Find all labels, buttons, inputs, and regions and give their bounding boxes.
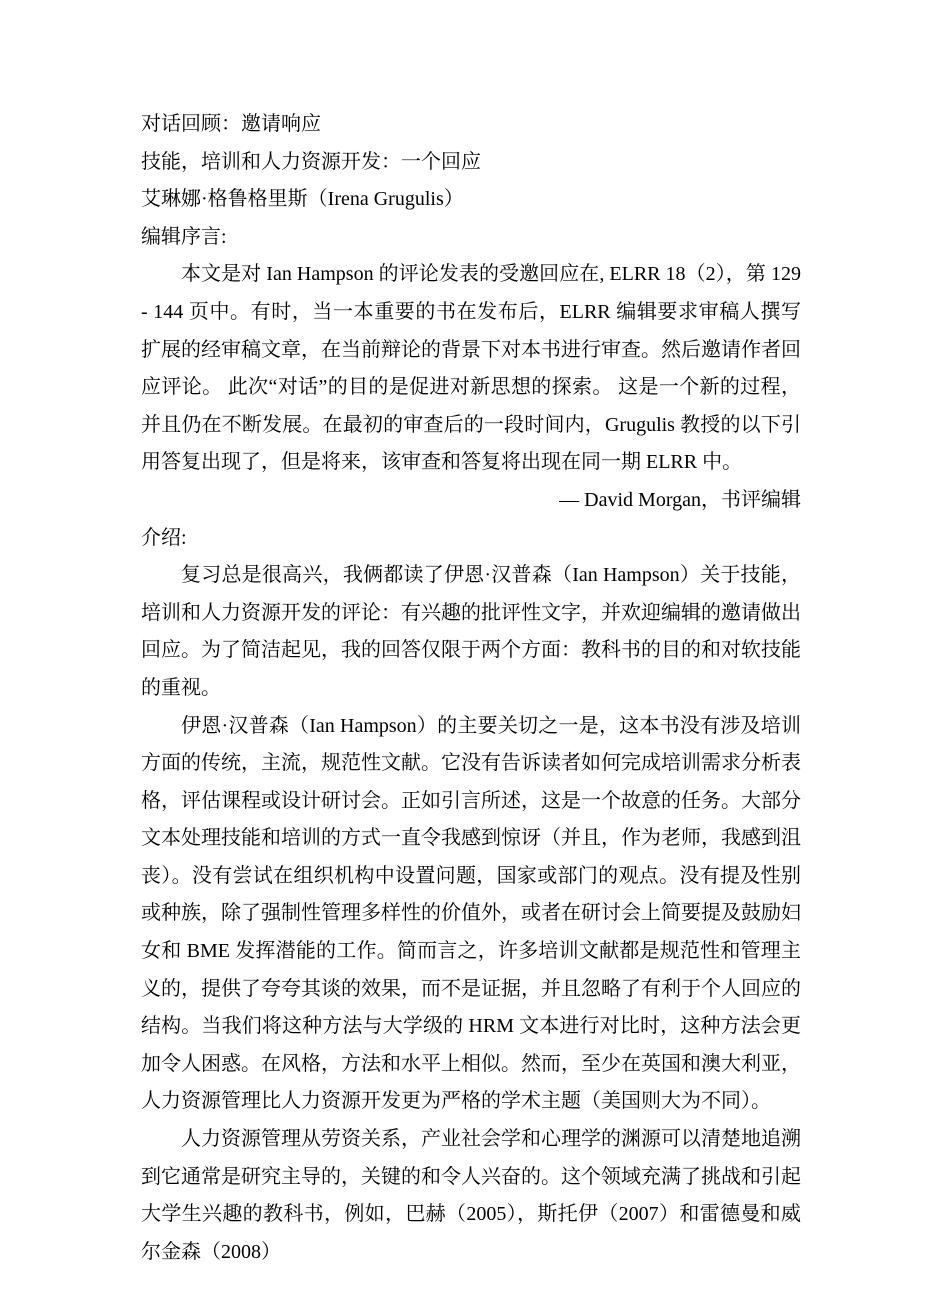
section-label-introduction: 介绍: <box>141 520 801 558</box>
paragraph-hrm-origins: 人力资源管理从劳资关系，产业社会学和心理学的渊源可以清楚地追溯到它通常是研究主导… <box>141 1121 801 1271</box>
paragraph-main-concern: 伊恩·汉普森（Ian Hampson）的主要关切之一是，这本书没有涉及培训方面的… <box>141 708 801 1122</box>
author-line: 艾琳娜·格鲁格里斯（Irena Grugulis） <box>141 181 801 219</box>
document-page: 对话回顾：邀请响应 技能，培训和人力资源开发：一个回应 艾琳娜·格鲁格里斯（Ir… <box>0 0 925 1309</box>
document-title-line-2: 技能，培训和人力资源开发：一个回应 <box>141 144 801 182</box>
document-title-line-1: 对话回顾：邀请响应 <box>141 106 801 144</box>
signature-line: — David Morgan，书评编辑 <box>141 482 801 520</box>
paragraph-editor-preface: 本文是对 Ian Hampson 的评论发表的受邀回应在, ELRR 18（2）… <box>141 256 801 482</box>
paragraph-introduction: 复习总是很高兴，我俩都读了伊恩·汉普森（Ian Hampson）关于技能，培训和… <box>141 557 801 707</box>
section-label-editor-preface: 编辑序言: <box>141 219 801 257</box>
